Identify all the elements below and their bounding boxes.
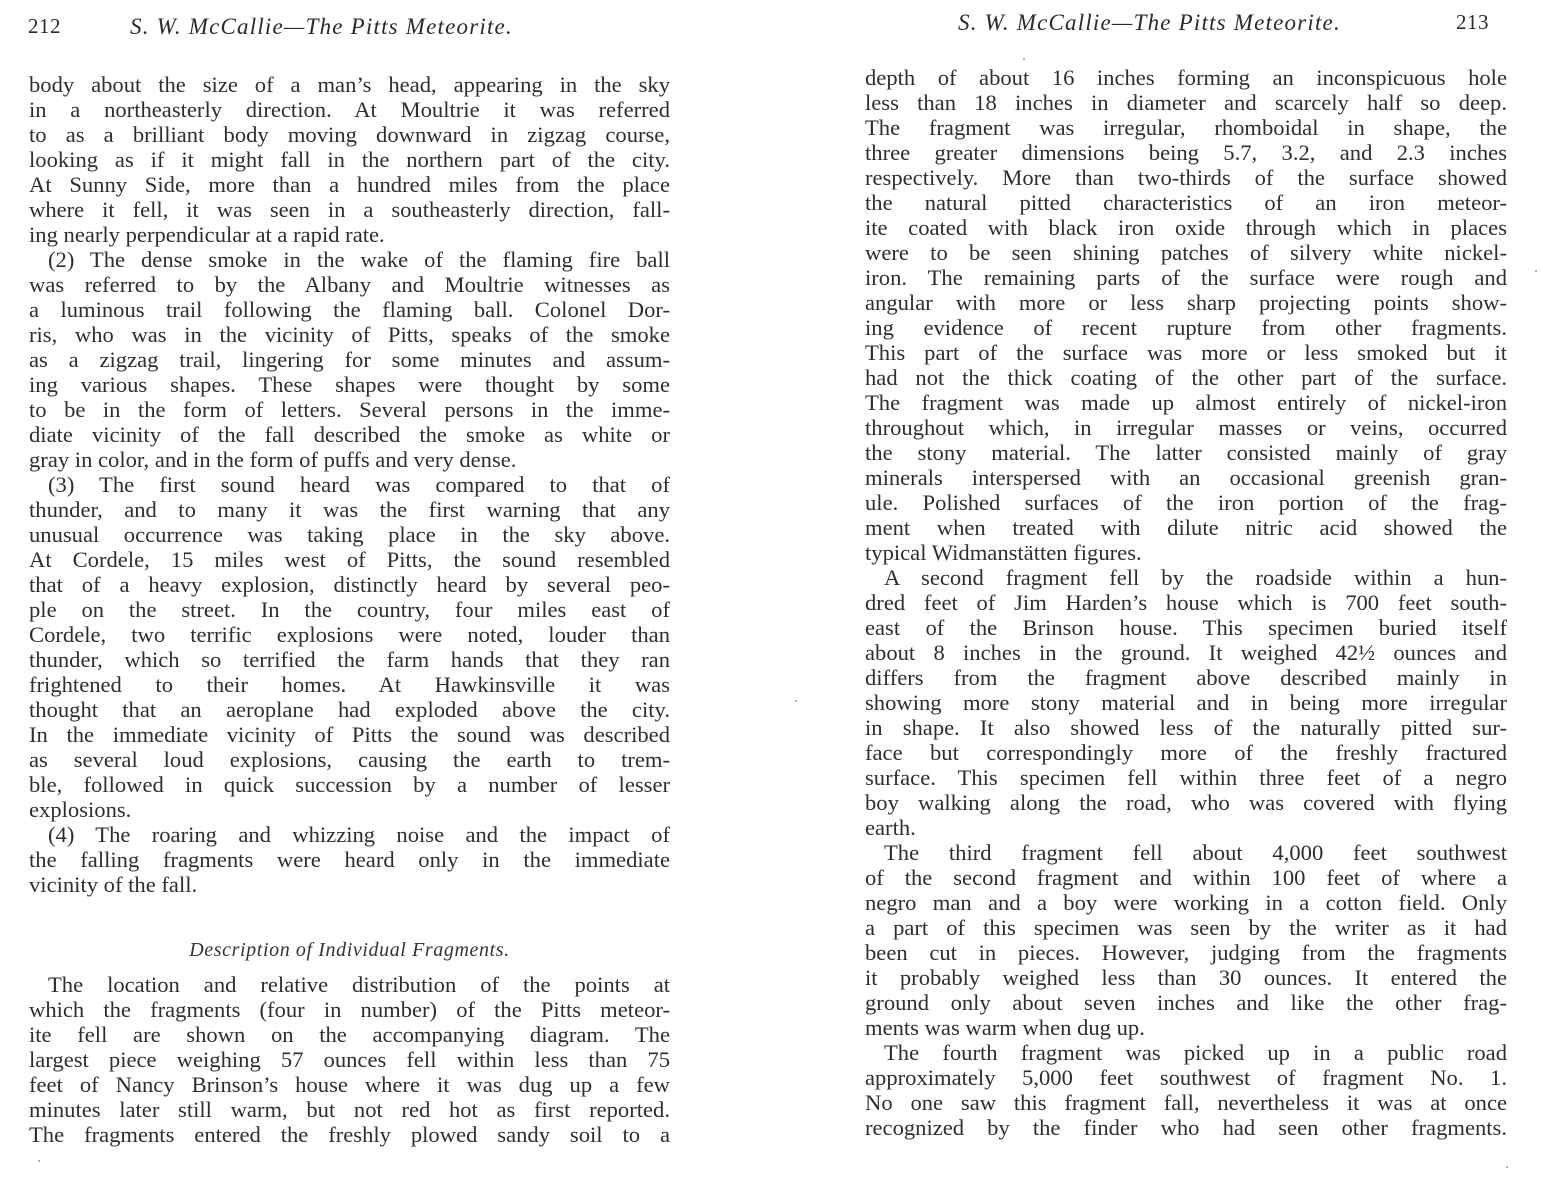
text-line: (4) The roaring and whizzing noise and t…: [29, 822, 670, 847]
text-line: ments was warm when dug up.: [865, 1015, 1507, 1040]
text-line: were to be seen shining patches of silve…: [865, 240, 1507, 265]
text-line: that of a heavy explosion, distinctly he…: [29, 572, 670, 597]
text-line: This part of the surface was more or les…: [865, 340, 1507, 365]
text-line: recognized by the finder who had seen ot…: [865, 1115, 1507, 1140]
text-line: three greater dimensions being 5.7, 3.2,…: [865, 140, 1507, 165]
scan-speck: [38, 1160, 40, 1162]
text-line: frightened to their homes. At Hawkinsvil…: [29, 672, 670, 697]
scan-speck: [1535, 270, 1537, 272]
text-line: about 8 inches in the ground. It weighed…: [865, 640, 1507, 665]
text-line: explosions.: [29, 797, 670, 822]
text-line: ule. Polished surfaces of the iron porti…: [865, 490, 1507, 515]
text-line: where it fell, it was seen in a southeas…: [29, 197, 670, 222]
page-number: 212: [28, 14, 61, 39]
text-line: thunder, and to many it was the first wa…: [29, 497, 670, 522]
text-line: had not the thick coating of the other p…: [865, 365, 1507, 390]
text-line: as a zigzag trail, lingering for some mi…: [29, 347, 670, 372]
text-line: The third fragment fell about 4,000 feet…: [865, 840, 1507, 865]
text-line: ing evidence of recent rupture from othe…: [865, 315, 1507, 340]
text-line: less than 18 inches in diameter and scar…: [865, 90, 1507, 115]
text-line: a part of this specimen was seen by the …: [865, 915, 1507, 940]
text-line: showing more stony material and in being…: [865, 690, 1507, 715]
text-line: to be in the form of letters. Several pe…: [29, 397, 670, 422]
page-number: 213: [1456, 10, 1489, 35]
text-line: unusual occurrence was taking place in t…: [29, 522, 670, 547]
text-line: A second fragment fell by the roadside w…: [865, 565, 1507, 590]
text-line: a luminous trail following the flaming b…: [29, 297, 670, 322]
running-head: S. W. McCallie—The Pitts Meteorite.: [130, 14, 513, 40]
text-line: in shape. It also showed less of the nat…: [865, 715, 1507, 740]
text-line: ple on the street. In the country, four …: [29, 597, 670, 622]
text-line: angular with more or less sharp projecti…: [865, 290, 1507, 315]
text-line: The fourth fragment was picked up in a p…: [865, 1040, 1507, 1065]
text-line: dred feet of Jim Harden’s house which is…: [865, 590, 1507, 615]
text-line: it probably weighed less than 30 ounces.…: [865, 965, 1507, 990]
text-line: approximately 5,000 feet southwest of fr…: [865, 1065, 1507, 1090]
text-line: ite fell are shown on the accompanying d…: [29, 1022, 670, 1047]
text-line: earth.: [865, 815, 1507, 840]
text-line: face but correspondingly more of the fre…: [865, 740, 1507, 765]
text-line: Cordele, two terrific explosions were no…: [29, 622, 670, 647]
text-line: of the second fragment and within 100 fe…: [865, 865, 1507, 890]
text-line: as several loud explosions, causing the …: [29, 747, 670, 772]
text-line: iron. The remaining parts of the surface…: [865, 265, 1507, 290]
text-line: In the immediate vicinity of Pitts the s…: [29, 722, 670, 747]
text-line: throughout which, in irregular masses or…: [865, 415, 1507, 440]
text-line: which the fragments (four in number) of …: [29, 997, 670, 1022]
text-line: The fragment was irregular, rhomboidal i…: [865, 115, 1507, 140]
text-line: been cut in pieces. However, judging fro…: [865, 940, 1507, 965]
text-line: was referred to by the Albany and Moultr…: [29, 272, 670, 297]
text-line: surface. This specimen fell within three…: [865, 765, 1507, 790]
text-line: respectively. More than two-thirds of th…: [865, 165, 1507, 190]
text-line: looking as if it might fall in the north…: [29, 147, 670, 172]
body-text: body about the size of a man’s head, app…: [29, 72, 670, 897]
text-line: thought that an aeroplane had exploded a…: [29, 697, 670, 722]
text-line: gray in color, and in the form of puffs …: [29, 447, 670, 472]
body-text: depth of about 16 inches forming an inco…: [865, 65, 1507, 1140]
text-line: At Sunny Side, more than a hundred miles…: [29, 172, 670, 197]
scan-speck: [1506, 1166, 1508, 1168]
text-line: vicinity of the fall.: [29, 872, 670, 897]
section-heading: Description of Individual Fragments.: [29, 939, 670, 962]
scan-speck: [795, 700, 797, 702]
text-line: The fragments entered the freshly plowed…: [29, 1122, 670, 1147]
text-line: The fragment was made up almost entirely…: [865, 390, 1507, 415]
text-line: ground only about seven inches and like …: [865, 990, 1507, 1015]
body-text-after-heading: The location and relative distribution o…: [29, 972, 670, 1147]
text-line: differs from the fragment above describe…: [865, 665, 1507, 690]
text-line: (2) The dense smoke in the wake of the f…: [29, 247, 670, 272]
text-line: minerals interspersed with an occasional…: [865, 465, 1507, 490]
text-line: largest piece weighing 57 ounces fell wi…: [29, 1047, 670, 1072]
scan-speck: [1023, 58, 1025, 60]
text-line: No one saw this fragment fall, neverthel…: [865, 1090, 1507, 1115]
text-line: ble, followed in quick succession by a n…: [29, 772, 670, 797]
text-line: negro man and a boy were working in a co…: [865, 890, 1507, 915]
text-line: the natural pitted characteristics of an…: [865, 190, 1507, 215]
text-line: to as a brilliant body moving downward i…: [29, 122, 670, 147]
text-line: typical Widmanstätten figures.: [865, 540, 1507, 565]
text-line: ment when treated with dilute nitric aci…: [865, 515, 1507, 540]
text-line: feet of Nancy Brinson’s house where it w…: [29, 1072, 670, 1097]
text-line: the falling fragments were heard only in…: [29, 847, 670, 872]
text-line: thunder, which so terrified the farm han…: [29, 647, 670, 672]
running-head: S. W. McCallie—The Pitts Meteorite.: [958, 10, 1341, 36]
text-line: boy walking along the road, who was cove…: [865, 790, 1507, 815]
text-line: east of the Brinson house. This specimen…: [865, 615, 1507, 640]
text-line: minutes later still warm, but not red ho…: [29, 1097, 670, 1122]
text-line: depth of about 16 inches forming an inco…: [865, 65, 1507, 90]
text-line: ing various shapes. These shapes were th…: [29, 372, 670, 397]
text-line: diate vicinity of the fall described the…: [29, 422, 670, 447]
text-line: body about the size of a man’s head, app…: [29, 72, 670, 97]
text-line: (3) The first sound heard was compared t…: [29, 472, 670, 497]
text-line: At Cordele, 15 miles west of Pitts, the …: [29, 547, 670, 572]
text-line: ris, who was in the vicinity of Pitts, s…: [29, 322, 670, 347]
text-line: the stony material. The latter consisted…: [865, 440, 1507, 465]
text-line: The location and relative distribution o…: [29, 972, 670, 997]
text-line: ing nearly perpendicular at a rapid rate…: [29, 222, 670, 247]
text-line: ite coated with black iron oxide through…: [865, 215, 1507, 240]
text-line: in a northeasterly direction. At Moultri…: [29, 97, 670, 122]
